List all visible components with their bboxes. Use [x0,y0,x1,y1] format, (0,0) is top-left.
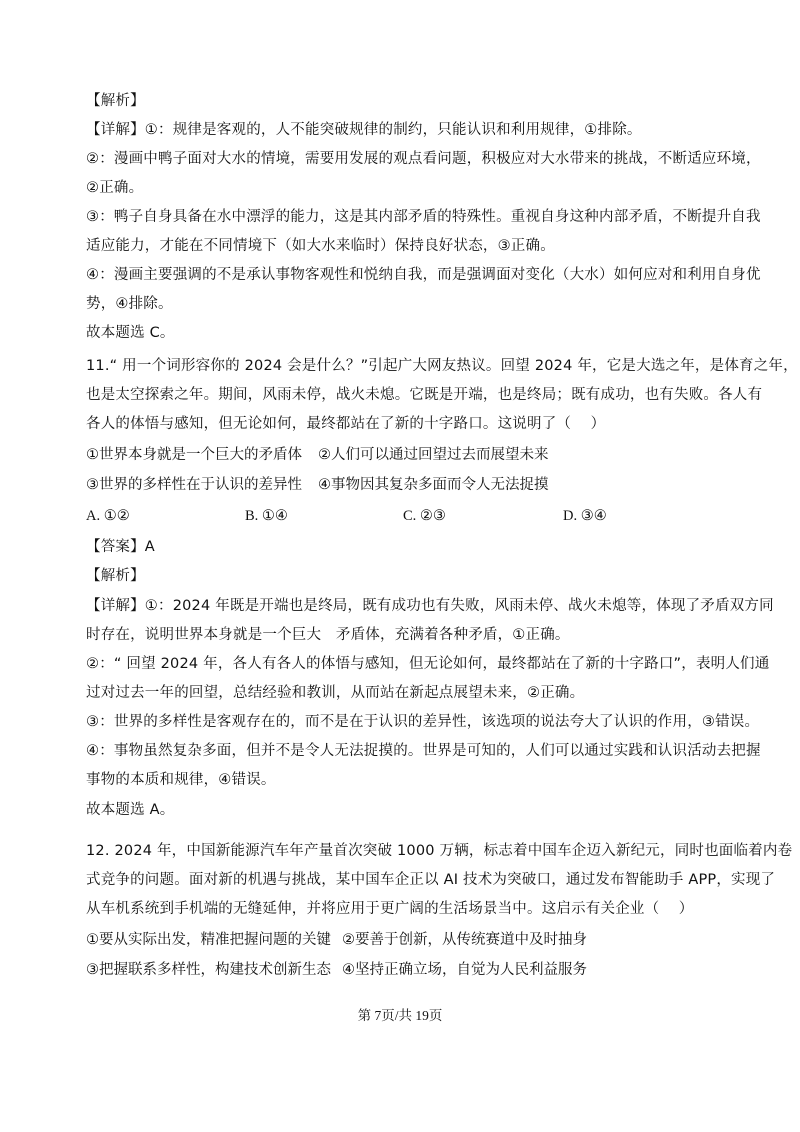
explanation-line: ②：“ 回望 2024 年，各人有各人的体悟与感知，但无论如何，最终都站在了新的… [86,654,769,674]
statement-2: ②人们可以通过回望过去而展望未来 [318,445,549,465]
statement-2: ②要善于创新，从传统赛道中及时抽身 [342,930,587,950]
explanation-line: ④：漫画主要强调的不是承认事物客观性和悦纳自我，而是强调面对变化（大水）如何应对… [86,265,761,285]
explanation-line: 适应能力，才能在不同情境下（如大水来临时）保持良好状态，③正确。 [86,236,555,256]
choice-a: A. ①② [86,506,130,526]
explanation-line: ②：漫画中鸭子面对大水的情境，需要用发展的观点看问题，积极应对大水带来的挑战，不… [86,149,761,169]
explanation-line: ④：事物虽然复杂多面，但并不是令人无法捉摸的。世界是可知的，人们可以通过实践和认… [86,741,761,761]
statement-3: ③把握联系多样性，构建技术创新生态 [86,960,331,980]
document-page: 【解析】 【详解】①：规律是客观的，人不能突破规律的制约，只能认识和利用规律，①… [0,0,800,1132]
explanation-line: 【详解】①：2024 年既是开端也是终局，既有成功也有失败，风雨未停、战火未熄等… [86,596,774,616]
statement-4: ④事物因其复杂多面而令人无法捉摸 [318,475,549,495]
final-choice-line: 故本题选 A。 [86,800,174,820]
explanation-line: 【详解】①：规律是客观的，人不能突破规律的制约，只能认识和利用规律，①排除。 [86,120,642,140]
explanation-line: 时存在，说明世界本身就是一个巨大 矛盾体，充满着各种矛盾，①正确。 [86,625,570,645]
explanation-line: 势，④排除。 [86,294,173,314]
statement-3: ③世界的多样性在于认识的差异性 [86,475,302,495]
question-12-stem: 从车机系统到手机端的无缝延伸，并将应用于更广阔的生活场景当中。这启示有关企业（ … [86,899,694,919]
question-11-stem: 各人的体悟与感知，但无论如何，最终都站在了新的十字路口。这说明了（ ） [86,414,605,434]
question-11-stem: 也是太空探索之年。期间，风雨未停，战火未熄。它既是开端，也是终局；既有成功，也有… [86,385,762,405]
analysis-label: 【解析】 [86,566,145,586]
statement-4: ④坚持正确立场，自觉为人民利益服务 [342,960,587,980]
choice-b: B. ①④ [245,506,288,526]
explanation-line: ③：世界的多样性是客观存在的，而不是在于认识的差异性，该选项的说法夸大了认识的作… [86,712,759,732]
answer-line: 【答案】A [86,537,155,557]
page-number: 第 7页/共 19页 [0,1004,800,1024]
explanation-line: 事物的本质和规律，④错误。 [86,770,276,790]
choice-d: D. ③④ [563,506,607,526]
explanation-line: 过对过去一年的回望，总结经验和教训，从而站在新起点展望未来，②正确。 [86,683,584,703]
explanation-line: ②正确。 [86,178,143,198]
final-choice-line: 故本题选 C。 [86,323,175,343]
statement-1: ①要从实际出发，精准把握问题的关键 [86,930,331,950]
question-12-stem: 式竞争的问题。面对新的机遇与挑战，某中国车企正以 AI 技术为突破口，通过发布智… [86,870,775,890]
question-12-stem: 12. 2024 年，中国新能源汽车年产量首次突破 1000 万辆，标志着中国车… [86,841,792,861]
choice-c: C. ②③ [403,506,446,526]
question-11-stem: 11.“ 用一个词形容你的 2024 会是什么？”引起广大网友热议。回望 202… [86,356,798,376]
statement-1: ①世界本身就是一个巨大的矛盾体 [86,445,302,465]
analysis-label: 【解析】 [86,91,145,111]
explanation-line: ③：鸭子自身具备在水中漂浮的能力，这是其内部矛盾的特殊性。重视自身这种内部矛盾，… [86,207,761,227]
